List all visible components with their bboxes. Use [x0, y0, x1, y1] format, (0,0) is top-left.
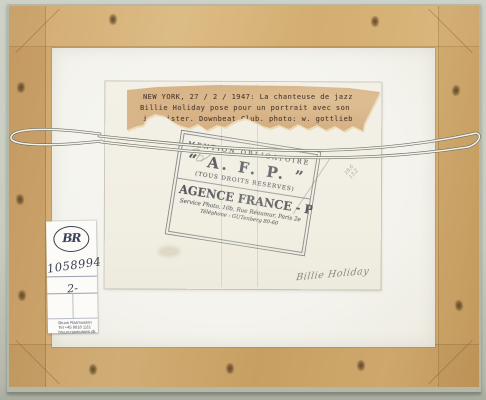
- lot-number: 1058994: [46, 254, 102, 275]
- tape-strip-bottom: [9, 344, 479, 387]
- afp-stamp-border: MENTION OBLIGATOIRE “ A. F. P. ” (TOUS D…: [168, 133, 318, 253]
- br-monogram-icon: BR: [53, 226, 89, 253]
- label-qty-row: 2-: [47, 277, 97, 295]
- label-footer-line-3: bruun-rasmussen.dk: [58, 330, 87, 335]
- label-grid-divider: [72, 294, 73, 318]
- tape-strip-left: [9, 6, 46, 387]
- label-lot-row: 1058994: [47, 252, 97, 278]
- staple-mark: [109, 14, 117, 25]
- stain-smudge: [158, 246, 180, 257]
- staple-mark: [357, 360, 365, 371]
- tape-strip-right: [438, 6, 479, 387]
- tape-strip-top: [9, 6, 479, 47]
- afp-stamp: MENTION OBLIGATOIRE “ A. F. P. ” (TOUS D…: [165, 130, 322, 257]
- staple-mark: [454, 300, 463, 312]
- staple-mark: [89, 364, 97, 375]
- caption-line-2: Billie Holiday pose pour un portrait ave…: [140, 103, 350, 114]
- staple-mark: [371, 16, 379, 27]
- framed-photo-back: NEW YORK, 27 / 2 / 1947: La chanteuse de…: [0, 0, 486, 400]
- label-grid: [47, 294, 97, 320]
- auction-label: BR 1058994 2- Bruun Rasmussen Tel +45 88…: [46, 221, 98, 334]
- staple-mark: [226, 363, 234, 374]
- caption-line-1: NEW YORK, 27 / 2 / 1947: La chanteuse de…: [143, 92, 353, 103]
- staple-mark: [18, 290, 26, 301]
- label-footer: Bruun Rasmussen Tel +45 8818 1111 bruun-…: [58, 321, 87, 335]
- staple-mark: [16, 194, 25, 206]
